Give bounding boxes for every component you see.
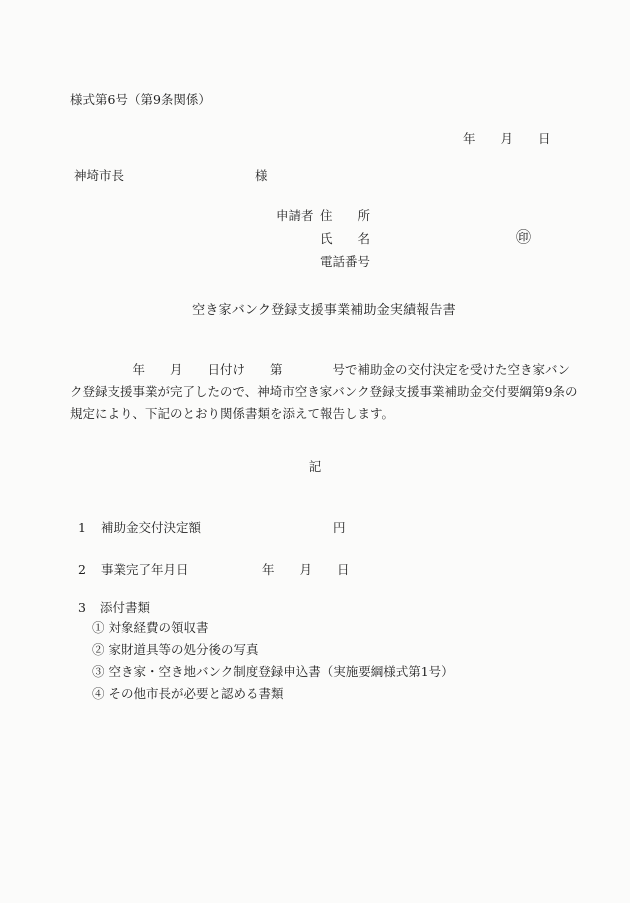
body-paragraph-line-2: ク登録支援事業が完了したので、神埼市空き家バンク登録支援事業補助金交付要綱第9条… bbox=[70, 384, 577, 400]
item-2-number: 2 bbox=[78, 562, 86, 578]
item-3-label: 添付書類 bbox=[100, 600, 150, 616]
item-1-unit: 円 bbox=[333, 520, 346, 536]
attachment-2: ② 家財道具等の処分後の写真 bbox=[92, 642, 258, 658]
attachment-1: ① 対象経費の領収書 bbox=[92, 620, 208, 636]
applicant-label: 申請者 bbox=[276, 208, 314, 224]
body-paragraph-line-3: 規定により、下記のとおり関係書類を添えて報告します。 bbox=[70, 406, 394, 422]
applicant-phone-label: 電話番号 bbox=[320, 254, 370, 270]
form-number: 様式第6号（第9条関係） bbox=[70, 92, 211, 108]
item-1-label: 補助金交付決定額 bbox=[101, 520, 201, 536]
body-paragraph-line-1: 年 月 日付け 第 号で補助金の交付決定を受けた空き家バン bbox=[70, 362, 570, 378]
seal-mark-icon: ㊞ bbox=[516, 229, 531, 245]
item-2-label: 事業完了年月日 bbox=[101, 562, 189, 578]
item-2-date-blanks: 年 月 日 bbox=[262, 562, 350, 578]
applicant-name-label: 氏 名 bbox=[320, 231, 370, 247]
item-3-number: 3 bbox=[78, 600, 86, 616]
report-form-page: 様式第6号（第9条関係） 年 月 日 神埼市長 様 申請者 住 所 氏 名 ㊞ … bbox=[0, 0, 630, 903]
document-title: 空き家バンク登録支援事業補助金実績報告書 bbox=[9, 303, 630, 319]
item-1-number: 1 bbox=[78, 520, 86, 536]
applicant-address-label: 住 所 bbox=[320, 208, 370, 224]
attachment-3: ③ 空き家・空き地バンク制度登録申込書（実施要綱様式第1号） bbox=[92, 664, 454, 680]
date-line: 年 月 日 bbox=[463, 131, 551, 147]
addressee-honorific: 様 bbox=[255, 168, 268, 184]
attachment-4: ④ その他市長が必要と認める書類 bbox=[92, 686, 283, 702]
addressee-name: 神埼市長 bbox=[74, 168, 124, 184]
record-marker: 記 bbox=[0, 459, 630, 475]
